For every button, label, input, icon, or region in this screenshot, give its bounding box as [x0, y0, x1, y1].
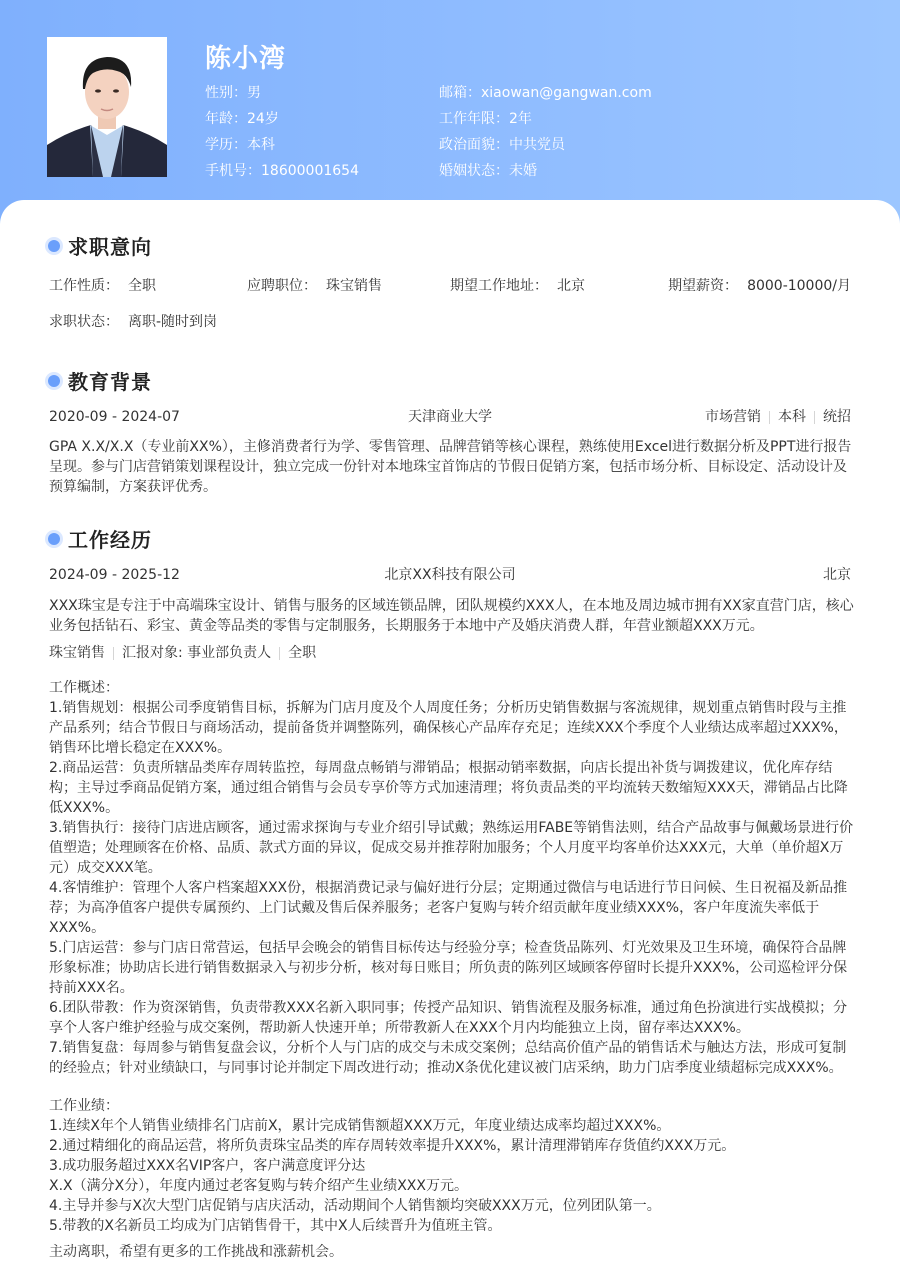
section-title-job-intention: 求职意向	[48, 231, 152, 260]
company-description: XXX珠宝是专注于中高端珠宝设计、销售与服务的区域连锁品牌，团队规模约XXX人，…	[49, 596, 853, 636]
education-header-row: 2020-09 - 2024-07 天津商业大学 市场营销 本科 统招	[49, 407, 851, 427]
text-line: 3.成功服务超过XXX名VIP客户，客户满意度评分达	[49, 1156, 853, 1176]
job-intention-row-1: 工作性质：全职 应聘职位：珠宝销售 期望工作地址：北京 期望薪资：8000-10…	[49, 276, 851, 296]
field-value: 离职-随时到岗	[128, 314, 217, 330]
bullet-dot-icon	[48, 375, 60, 387]
achievements-heading: 工作业绩：	[49, 1096, 853, 1116]
info-label: 手机号：	[205, 163, 261, 179]
work-header-row: 2024-09 - 2025-12 北京XX科技有限公司 北京	[49, 565, 851, 585]
education-tags: 市场营销 本科 统招	[705, 407, 851, 427]
text-line: 6.团队带教：作为资深销售，负责带教XXX名新入职同事；传授产品知识、销售流程及…	[49, 998, 853, 1018]
text-line: 1.销售规划：根据公司季度销售目标，拆解为门店月度及个人周度任务；分析历史销售数…	[49, 698, 853, 718]
bullet-dot-icon	[48, 240, 60, 252]
job-type: 工作性质：全职	[49, 276, 156, 296]
info-label: 工作年限：	[439, 111, 509, 127]
info-label: 性别：	[205, 85, 247, 101]
info-label: 政治面貌：	[439, 137, 509, 153]
tag-divider	[279, 647, 280, 660]
info-email: 邮箱：xiaowan@gangwan.com	[439, 84, 652, 110]
info-value: xiaowan@gangwan.com	[481, 85, 652, 101]
field-value: 全职	[128, 278, 156, 294]
field-label: 期望工作地址：	[450, 278, 548, 294]
info-phone: 手机号：18600001654	[205, 162, 359, 188]
text-line: 的经验点；针对业绩缺口，与同事讨论并制定下周改进行动；推动X条优化建议被门店采纳…	[49, 1058, 853, 1078]
text-line: XXX%。	[49, 918, 853, 938]
info-label: 邮箱：	[439, 85, 481, 101]
section-title-work: 工作经历	[48, 524, 152, 553]
info-label: 婚姻状态：	[439, 163, 509, 179]
tag-divider	[814, 411, 815, 424]
work-overview: 工作概述： 1.销售规划：根据公司季度销售目标，拆解为门店月度及个人周度任务；分…	[49, 678, 853, 1078]
role-tag: 珠宝销售	[49, 643, 105, 663]
info-value: 本科	[247, 137, 275, 153]
text-line: 7.销售复盘：每周参与销售复盘会议，分析个人与门店的成交与未成交案例；总结高价值…	[49, 1038, 853, 1058]
leave-reason: 主动离职，希望有更多的工作挑战和涨薪机会。	[49, 1242, 853, 1262]
report-to-tag: 汇报对象: 事业部负责人	[122, 643, 271, 663]
work-location: 北京	[823, 565, 851, 585]
info-label: 学历：	[205, 137, 247, 153]
degree-tag: 本科	[778, 407, 806, 427]
text-line: 业务包括钻石、彩宝、黄金等品类的零售与定制服务，长期服务于本地中产及婚庆消费人群…	[49, 616, 853, 636]
info-value: 未婚	[509, 163, 537, 179]
major-tag: 市场营销	[705, 407, 761, 427]
tag-divider	[113, 647, 114, 660]
info-value: 18600001654	[261, 163, 359, 179]
text-line: 享个人客户维护经验与成交案例，帮助新人快速开单；所带教新人在XXX个月内均能独立…	[49, 1018, 853, 1038]
job-position: 应聘职位：珠宝销售	[247, 276, 382, 296]
text-line: 4.客情维护：管理个人客户档案超XXX份，根据消费记录与偏好进行分层；定期通过微…	[49, 878, 853, 898]
basic-info-right: 邮箱：xiaowan@gangwan.com 工作年限：2年 政治面貌：中共党员…	[439, 84, 652, 188]
text-line: XXX珠宝是专注于中高端珠宝设计、销售与服务的区域连锁品牌，团队规模约XXX人，…	[49, 596, 853, 616]
section-label: 工作经历	[68, 524, 152, 553]
enrollment-tag: 统招	[823, 407, 851, 427]
info-value: 24岁	[247, 111, 279, 127]
field-label: 工作性质：	[49, 278, 119, 294]
text-line: 荐；为高净值客户提供专属预约、上门试戴及售后保养服务；老客户复购与转介绍贡献年度…	[49, 898, 853, 918]
field-value: 8000-10000/月	[747, 278, 851, 294]
info-label: 年龄：	[205, 111, 247, 127]
info-marital-status: 婚姻状态：未婚	[439, 162, 652, 188]
employment-type-tag: 全职	[288, 643, 316, 663]
info-value: 中共党员	[509, 137, 565, 153]
text-line: 形象标准；协助店长进行销售数据录入与初步分析，核对每日账目；所负责的陈列区域顾客…	[49, 958, 853, 978]
field-value: 北京	[557, 278, 585, 294]
text-line: 销售环比增长稳定在XXX%。	[49, 738, 853, 758]
text-line: 呈现。参与门店营销策划课程设计，独立完成一份针对本地珠宝首饰店的节假日促销方案，…	[49, 457, 853, 477]
section-label: 教育背景	[68, 366, 152, 395]
text-line: GPA X.X/X.X（专业前XX%），主修消费者行为学、零售管理、品牌营销等核…	[49, 437, 853, 457]
text-line: 主动离职，希望有更多的工作挑战和涨薪机会。	[49, 1242, 853, 1262]
text-line: 构；主导过季商品促销方案，通过组合销售与会员专享价等方式加速清理；将负责品类的平…	[49, 778, 853, 798]
candidate-name: 陈小湾	[205, 38, 286, 75]
basic-info-left: 性别：男 年龄：24岁 学历：本科 手机号：18600001654	[205, 84, 359, 188]
resume-body: 求职意向 工作性质：全职 应聘职位：珠宝销售 期望工作地址：北京 期望薪资：80…	[0, 200, 900, 1275]
text-line: 预算编制，方案获评优秀。	[49, 477, 853, 497]
section-label: 求职意向	[68, 231, 152, 260]
text-line: 低XXX%。	[49, 798, 853, 818]
text-line: 3.销售执行：接待门店进店顾客，通过需求探询与专业介绍引导试戴；熟练运用FABE…	[49, 818, 853, 838]
section-title-education: 教育背景	[48, 366, 152, 395]
profile-photo	[47, 37, 167, 177]
info-work-years: 工作年限：2年	[439, 110, 652, 136]
work-period: 2024-09 - 2025-12	[49, 565, 180, 585]
info-gender: 性别：男	[205, 84, 359, 110]
work-tags: 珠宝销售 汇报对象: 事业部负责人 全职	[49, 643, 853, 663]
education-period: 2020-09 - 2024-07	[49, 407, 180, 427]
work-tags-list: 珠宝销售 汇报对象: 事业部负责人 全职	[49, 643, 853, 663]
work-achievements: 工作业绩： 1.连续X年个人销售业绩排名门店前X，累计完成销售额超XXX万元，年…	[49, 1096, 853, 1236]
job-intention-row-2: 求职状态：离职-随时到岗	[49, 312, 851, 332]
text-line: 2.通过精细化的商品运营，将所负责珠宝品类的库存周转效率提升XXX%，累计清理滞…	[49, 1136, 853, 1156]
overview-heading: 工作概述：	[49, 678, 853, 698]
field-label: 期望薪资：	[668, 278, 738, 294]
job-status: 求职状态：离职-随时到岗	[49, 312, 217, 332]
education-description: GPA X.X/X.X（专业前XX%），主修消费者行为学、零售管理、品牌营销等核…	[49, 437, 853, 497]
text-line: X.X（满分X分），年度内通过老客复购与转介绍产生业绩XXX万元。	[49, 1176, 853, 1196]
job-location: 期望工作地址：北京	[450, 276, 585, 296]
text-line: 值塑造；处理顾客在价格、品质、款式方面的异议，促成交易并推荐附加服务；个人月度平…	[49, 838, 853, 858]
text-line: 5.带教的X名新员工均成为门店销售骨干，其中X人后续晋升为值班主管。	[49, 1216, 853, 1236]
text-line: 4.主导并参与X次大型门店促销与店庆活动，活动期间个人销售额均突破XXX万元，位…	[49, 1196, 853, 1216]
field-value: 珠宝销售	[326, 278, 382, 294]
info-age: 年龄：24岁	[205, 110, 359, 136]
text-line: 持前XXX名。	[49, 978, 853, 998]
text-line: 元）成交XXX笔。	[49, 858, 853, 878]
job-salary: 期望薪资：8000-10000/月	[668, 276, 851, 296]
portrait-image	[47, 37, 167, 177]
text-line: 产品系列；结合节假日与商场活动，提前备货并调整陈列，确保核心产品库存充足；连续X…	[49, 718, 853, 738]
info-value: 2年	[509, 111, 532, 127]
field-label: 应聘职位：	[247, 278, 317, 294]
bullet-dot-icon	[48, 533, 60, 545]
info-political-status: 政治面貌：中共党员	[439, 136, 652, 162]
text-line: 2.商品运营：负责所辖品类库存周转监控，每周盘点畅销与滞销品；根据动销率数据，向…	[49, 758, 853, 778]
info-value: 男	[247, 85, 261, 101]
field-label: 求职状态：	[49, 314, 119, 330]
info-education: 学历：本科	[205, 136, 359, 162]
text-line: 5.门店运营：参与门店日常营运，包括早会晚会的销售目标传达与经验分享；检查货品陈…	[49, 938, 853, 958]
tag-divider	[769, 411, 770, 424]
text-line: 1.连续X年个人销售业绩排名门店前X，累计完成销售额超XXX万元，年度业绩达成率…	[49, 1116, 853, 1136]
